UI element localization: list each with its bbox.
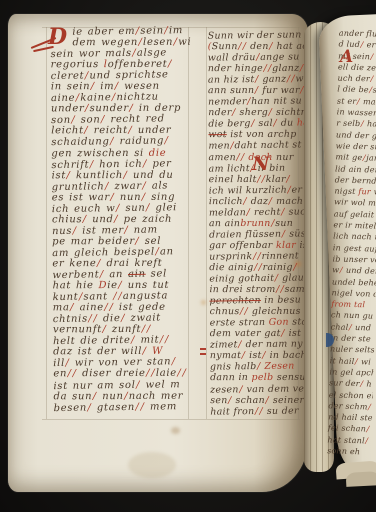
text-line: fei schan/	[328, 423, 372, 436]
text-line: zesen/ van dem ve	[210, 383, 309, 395]
text-line: gar offenbar klar ist	[209, 240, 308, 251]
text-column-left: ie aber em/sein/imdem wegen/lesen/wisein…	[50, 25, 199, 418]
ruling-line	[206, 27, 207, 419]
text-line: ursprink//rinnent	[209, 250, 308, 262]
text-line: w/ und dem	[332, 265, 376, 278]
text-line: inclich/ daz/ machn	[209, 196, 308, 207]
text-line: (Sunn// den/ hat ach	[208, 41, 307, 52]
text-line: men/daht nacht st	[208, 140, 307, 152]
text-line: lid ain dem	[335, 163, 376, 175]
manuscript-photo: ie aber em/sein/imdem wegen/lesen/wisein…	[0, 0, 376, 512]
text-line: da sun/ nun/nach mer	[53, 390, 199, 402]
text-line: hait fron// su der	[210, 405, 309, 417]
text-line: lich nach ri	[333, 231, 376, 243]
ruling-line	[46, 27, 47, 419]
red-margin-mark	[200, 348, 206, 350]
text-line: el schon eh	[329, 389, 373, 401]
text-line: mit ge/jam	[335, 152, 376, 165]
text-line: an ainbrunn/sun	[209, 218, 308, 229]
text-line: schaidung/ raidung/	[51, 135, 197, 148]
red-margin-mark	[200, 353, 206, 355]
text-line: draien flüssen/ süss	[209, 228, 308, 240]
parchment-stain	[171, 427, 180, 434]
initial-N: N	[252, 155, 269, 174]
text-line: r selb/ halt	[336, 118, 376, 130]
text-line: ch nun gu	[331, 310, 375, 323]
text-line: ist nur am sol/ wel m	[53, 378, 199, 391]
parchment-stain	[201, 300, 206, 305]
text-line: wir wol m	[334, 197, 376, 210]
text-line: die ainig//rainig/	[209, 262, 308, 273]
text-line: sohn eh	[327, 445, 371, 458]
text-line: undel behel	[332, 276, 376, 288]
text-line: besen/ gtasen// mem	[54, 401, 200, 414]
page-corner	[346, 471, 376, 487]
text-line: l die be/su	[337, 84, 376, 97]
text-line: nuler selts	[330, 344, 374, 356]
text-column-right: Sunn wir der sunn(Sunn// den/ hat achwal…	[208, 30, 310, 423]
initial-A-facing: A	[340, 49, 353, 66]
parchment-stain	[128, 452, 176, 478]
text-line: schrift/ hon ich/ per	[51, 157, 197, 170]
text-line: Sunn wir der sunn	[208, 30, 307, 42]
text-line: ist/ kuntlich/ und du	[52, 169, 198, 181]
text-line: einel halt//klar/	[209, 173, 308, 184]
text-line: en// diser dreie//laie//	[53, 368, 199, 380]
text-line: sen/ schan/ seiner gut	[210, 394, 309, 405]
text-line: sur der/ h	[329, 377, 373, 390]
text-line: ich wil kurzlich/er	[209, 184, 308, 196]
drop-cap-D: D	[48, 26, 67, 48]
text-line: einig gothait/ glau	[209, 272, 308, 284]
text-line: gen zwischen si die	[51, 147, 197, 159]
text-line: meldan/ recht/ such	[209, 206, 308, 218]
text-line: dann in pelb sensu	[210, 372, 309, 383]
